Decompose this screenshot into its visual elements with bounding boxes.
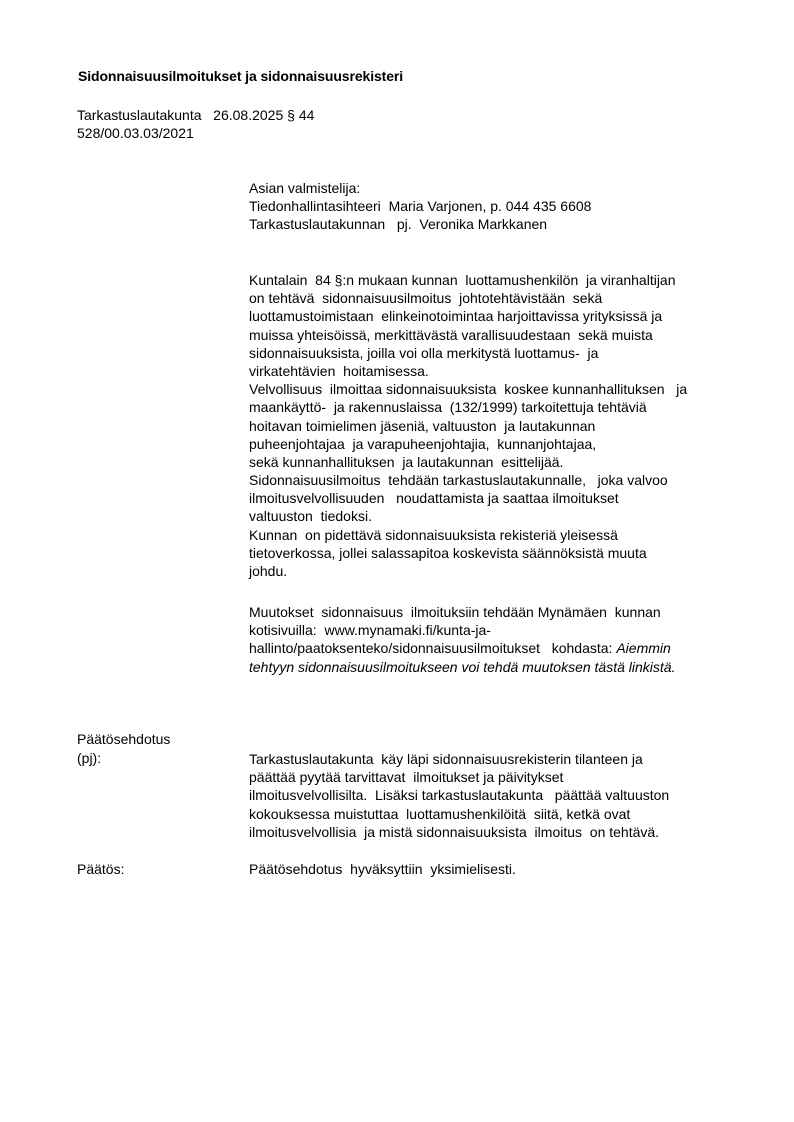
proposal-line: kokouksessa muistuttaa luottamushenkilöi… (249, 805, 669, 823)
document-page: Sidonnaisuusilmoitukset ja sidonnaisuusr… (0, 0, 794, 1122)
body-line: puheenjohtajaa ja varapuheenjohtajia, ku… (249, 435, 687, 453)
changes-link-text: tehtyyn sidonnaisuusilmoitukseen voi teh… (249, 658, 675, 676)
decision-label: Päätös: (77, 861, 124, 877)
document-title: Sidonnaisuusilmoitukset ja sidonnaisuusr… (78, 68, 403, 84)
proposal-label: Päätösehdotus (77, 731, 170, 747)
changes-line: Muutokset sidonnaisuus ilmoituksiin tehd… (249, 603, 675, 621)
body-line: Sidonnaisuusilmoitus tehdään tarkastusla… (249, 471, 687, 489)
body-line: on tehtävä sidonnaisuusilmoitus johtoteh… (249, 289, 687, 307)
preparer-section: Asian valmistelija: Tiedonhallintasihtee… (249, 179, 591, 234)
body-line: luottamustoimistaan elinkeinotoimintaa h… (249, 307, 687, 325)
proposal-line: ilmoitusvelvollisilta. Lisäksi tarkastus… (249, 786, 669, 804)
preparer-line: Tiedonhallintasihteeri Maria Varjonen, p… (249, 197, 591, 215)
proposal-label-sub: (pj): (77, 750, 101, 766)
decision-text: Päätösehdotus hyväksyttiin yksimielisest… (249, 861, 516, 877)
body-line: johdu. (249, 562, 687, 580)
changes-section: Muutokset sidonnaisuus ilmoituksiin tehd… (249, 603, 675, 676)
body-line: Velvollisuus ilmoittaa sidonnaisuuksista… (249, 380, 687, 398)
proposal-line: ilmoitusvelvollisia ja mistä sidonnaisuu… (249, 823, 669, 841)
body-line: ilmoitusvelvollisuuden noudattamista ja … (249, 489, 687, 507)
record-number: 528/00.03.03/2021 (77, 125, 194, 141)
preparer-line: Tarkastuslautakunnan pj. Veronika Markka… (249, 215, 591, 233)
preparer-label: Asian valmistelija: (249, 179, 591, 197)
proposal-section: Tarkastuslautakunta käy läpi sidonnaisuu… (249, 750, 669, 841)
changes-url-text: hallinto/paatoksenteko/sidonnaisuusilmoi… (249, 640, 616, 656)
body-line: Kunnan on pidettävä sidonnaisuuksista re… (249, 526, 687, 544)
changes-line-with-link: hallinto/paatoksenteko/sidonnaisuusilmoi… (249, 639, 675, 657)
body-line: sidonnaisuuksista, joilla voi olla merki… (249, 344, 687, 362)
changes-line: kotisivuilla: www.mynamaki.fi/kunta-ja- (249, 621, 675, 639)
changes-link-text: Aiemmin (616, 640, 670, 656)
body-line: tietoverkossa, jollei salassapitoa koske… (249, 544, 687, 562)
body-line: maankäyttö- ja rakennuslaissa (132/1999)… (249, 398, 687, 416)
body-line: Kuntalain 84 §:n mukaan kunnan luottamus… (249, 271, 687, 289)
proposal-line: Tarkastuslautakunta käy läpi sidonnaisuu… (249, 750, 669, 768)
body-line: valtuuston tiedoksi. (249, 507, 687, 525)
body-line: muissa yhteisöissä, merkittävästä varall… (249, 326, 687, 344)
body-section: Kuntalain 84 §:n mukaan kunnan luottamus… (249, 271, 687, 580)
proposal-line: päättää pyytää tarvittavat ilmoitukset j… (249, 768, 669, 786)
body-line: sekä kunnanhallituksen ja lautakunnan es… (249, 453, 687, 471)
meeting-line: Tarkastuslautakunta 26.08.2025 § 44 (77, 107, 314, 123)
body-line: virkatehtävien hoitamisessa. (249, 362, 687, 380)
body-line: hoitavan toimielimen jäseniä, valtuuston… (249, 417, 687, 435)
